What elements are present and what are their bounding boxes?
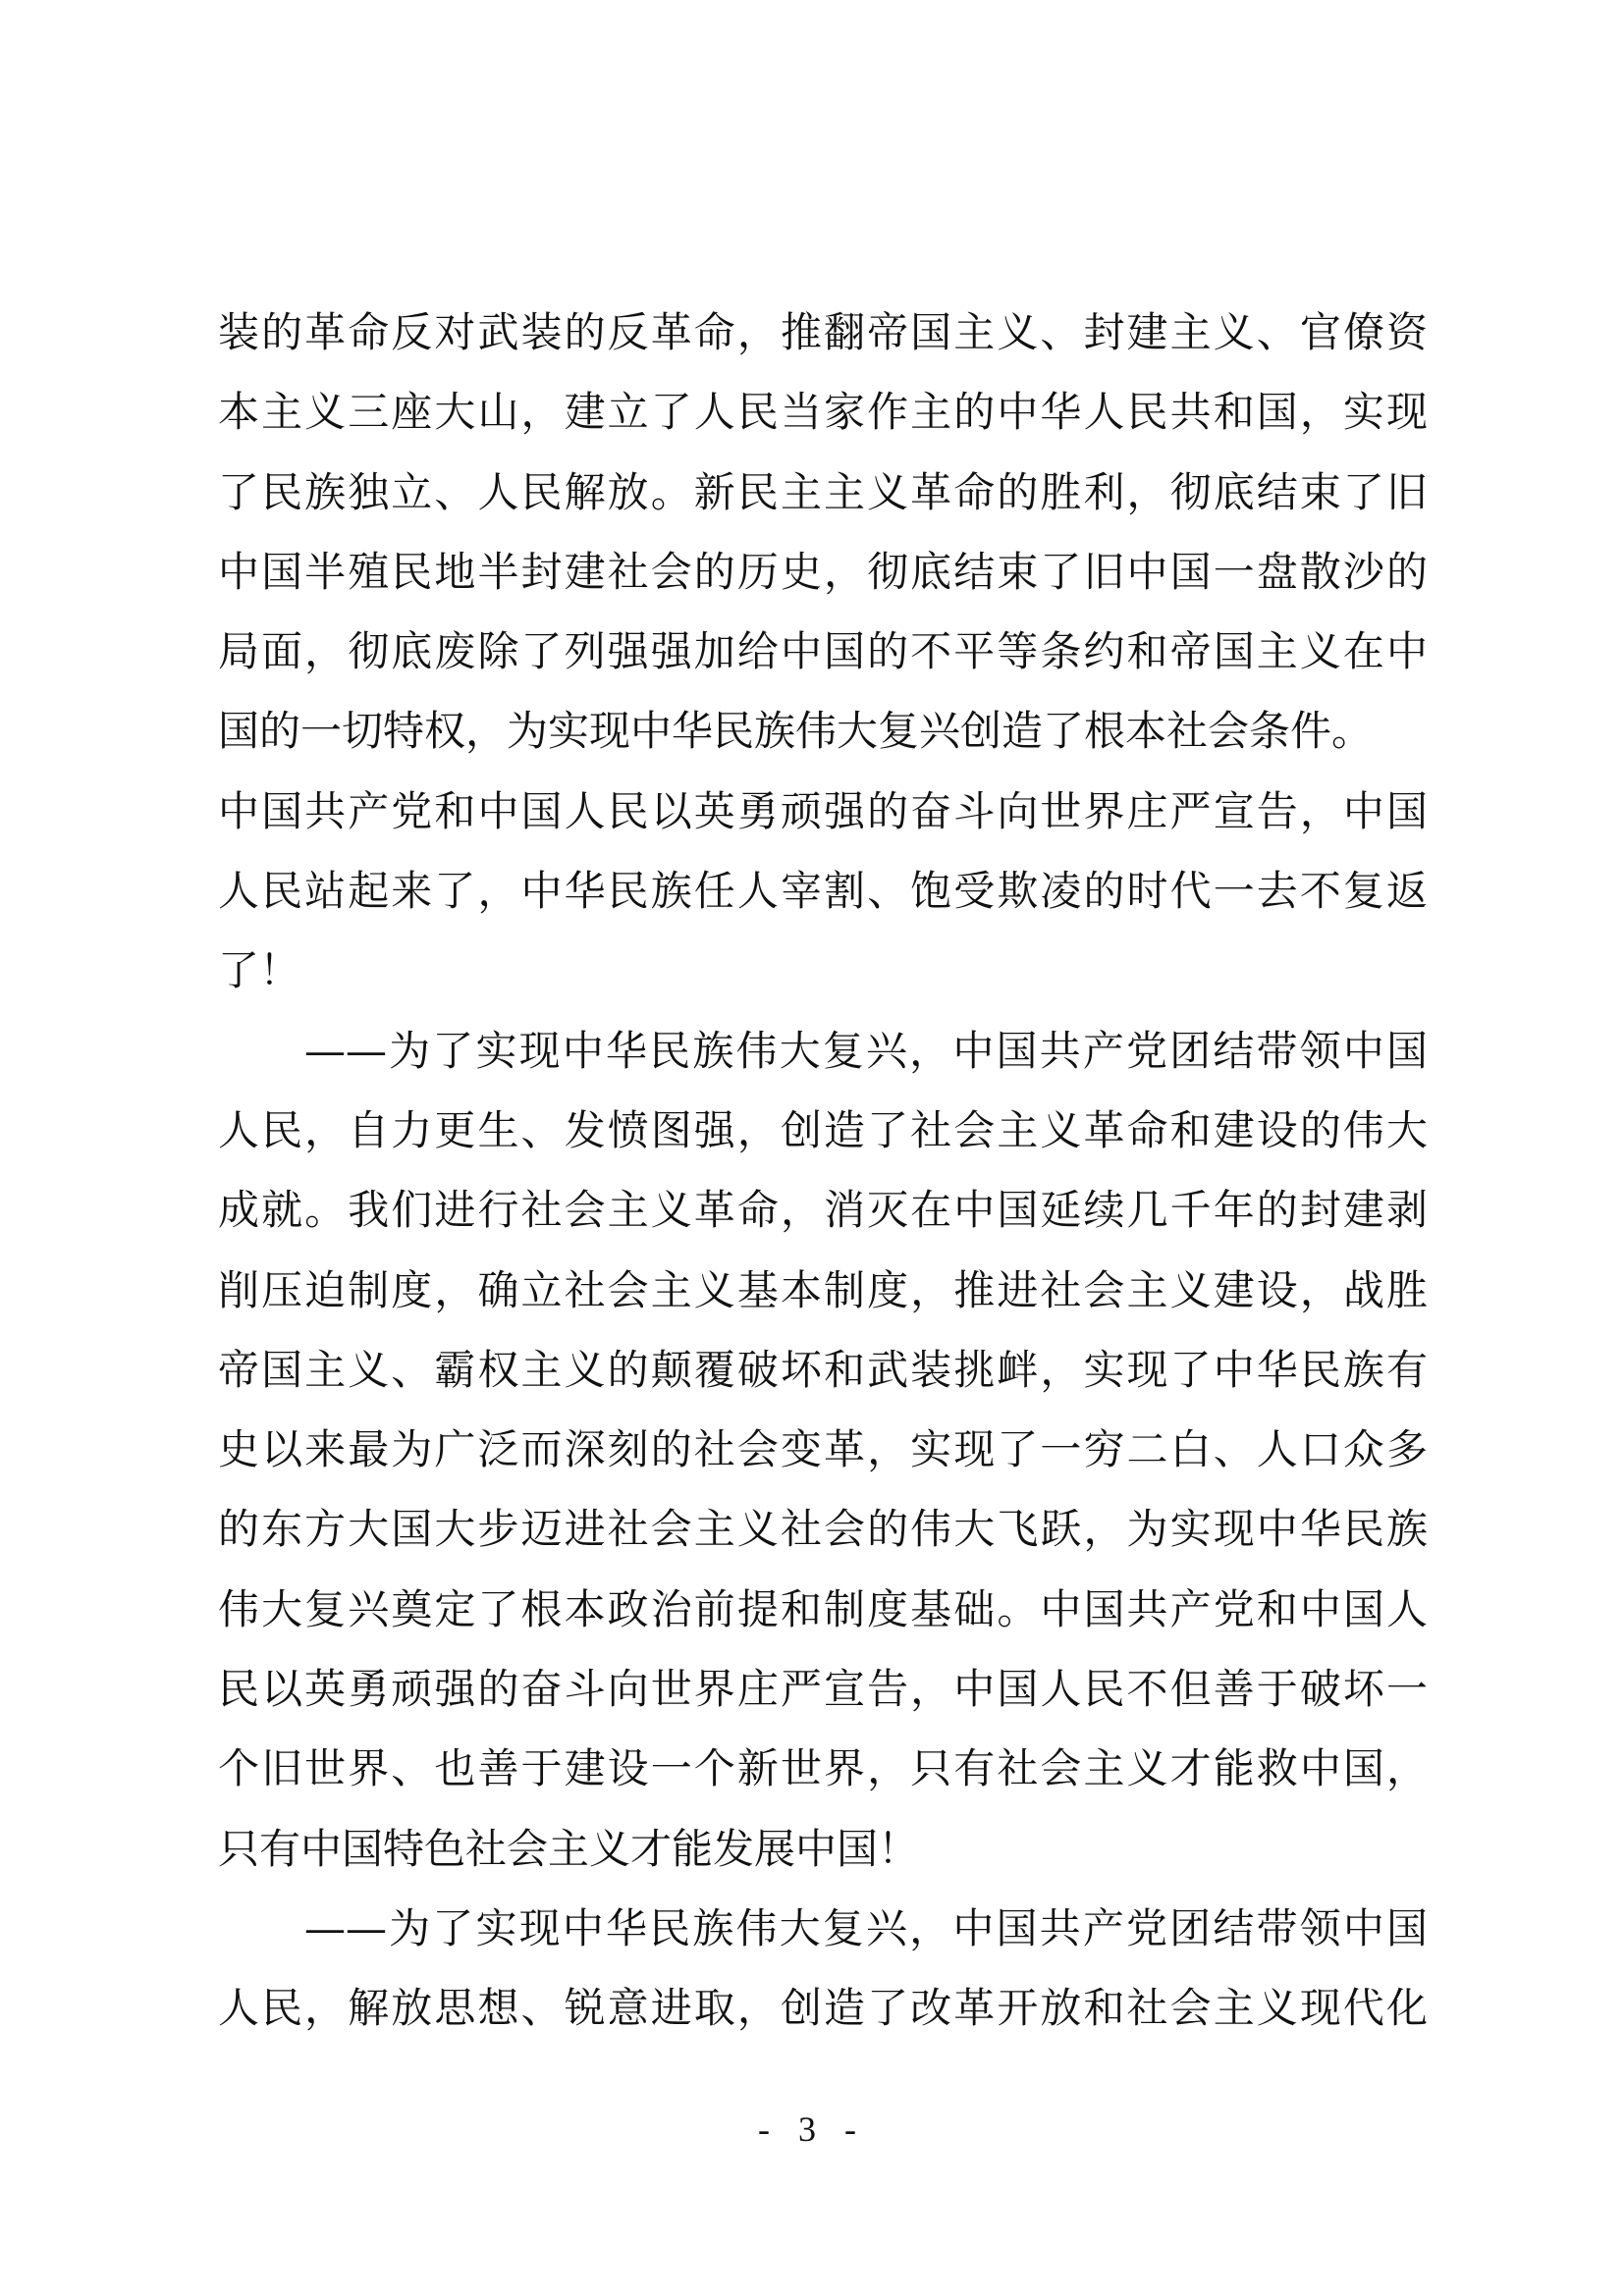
text-line: 人民站起来了，中华民族任人宰割、饱受欺凌的时代一去不复返: [218, 851, 1428, 931]
text-line: 成就。我们进行社会主义革命，消灭在中国延续几千年的封建剥: [218, 1170, 1428, 1250]
paragraph-start-line: ——为了实现中华民族伟大复兴，中国共产党团结带领中国: [218, 1889, 1428, 1968]
page-number: - 3 -: [0, 2109, 1624, 2150]
text-line: 削压迫制度，确立社会主义基本制度，推进社会主义建设，战胜: [218, 1251, 1428, 1330]
text-line: 了民族独立、人民解放。新民主主义革命的胜利，彻底结束了旧: [218, 453, 1428, 532]
text-line: 局面，彻底废除了列强强加给中国的不平等条约和帝国主义在中: [218, 612, 1428, 691]
text-line: 国的一切特权，为实现中华民族伟大复兴创造了根本社会条件。: [218, 691, 1428, 771]
text-line: 人民，自力更生、发愤图强，创造了社会主义革命和建设的伟大: [218, 1091, 1428, 1170]
document-page: 装的革命反对武装的反革命，推翻帝国主义、封建主义、官僚资 本主义三座大山，建立了…: [0, 0, 1624, 2296]
text-line: 人民，解放思想、锐意进取，创造了改革开放和社会主义现代化: [218, 1968, 1428, 2048]
text-line: 的东方大国大步迈进社会主义社会的伟大飞跃，为实现中华民族: [218, 1489, 1428, 1569]
text-line: 本主义三座大山，建立了人民当家作主的中华人民共和国，实现: [218, 372, 1428, 452]
paragraph-end-line: 了！: [218, 931, 1428, 1010]
text-line: 帝国主义、霸权主义的颠覆破坏和武装挑衅，实现了中华民族有: [218, 1330, 1428, 1410]
text-line: 民以英勇顽强的奋斗向世界庄严宣告，中国人民不但善于破坏一: [218, 1649, 1428, 1729]
text-line: 中国共产党和中国人民以英勇顽强的奋斗向世界庄严宣告，中国: [218, 772, 1428, 851]
paragraph-end-line: 只有中国特色社会主义才能发展中国！: [218, 1809, 1428, 1889]
text-line: 中国半殖民地半封建社会的历史，彻底结束了旧中国一盘散沙的: [218, 532, 1428, 612]
text-line: 史以来最为广泛而深刻的社会变革，实现了一穷二白、人口众多: [218, 1410, 1428, 1489]
body-text: 装的革命反对武装的反革命，推翻帝国主义、封建主义、官僚资 本主义三座大山，建立了…: [218, 293, 1428, 2049]
text-line: 个旧世界、也善于建设一个新世界，只有社会主义才能救中国，: [218, 1729, 1428, 1808]
text-line: 伟大复兴奠定了根本政治前提和制度基础。中国共产党和中国人: [218, 1570, 1428, 1649]
paragraph-start-line: ——为了实现中华民族伟大复兴，中国共产党团结带领中国: [218, 1011, 1428, 1091]
text-line: 装的革命反对武装的反革命，推翻帝国主义、封建主义、官僚资: [218, 293, 1428, 372]
